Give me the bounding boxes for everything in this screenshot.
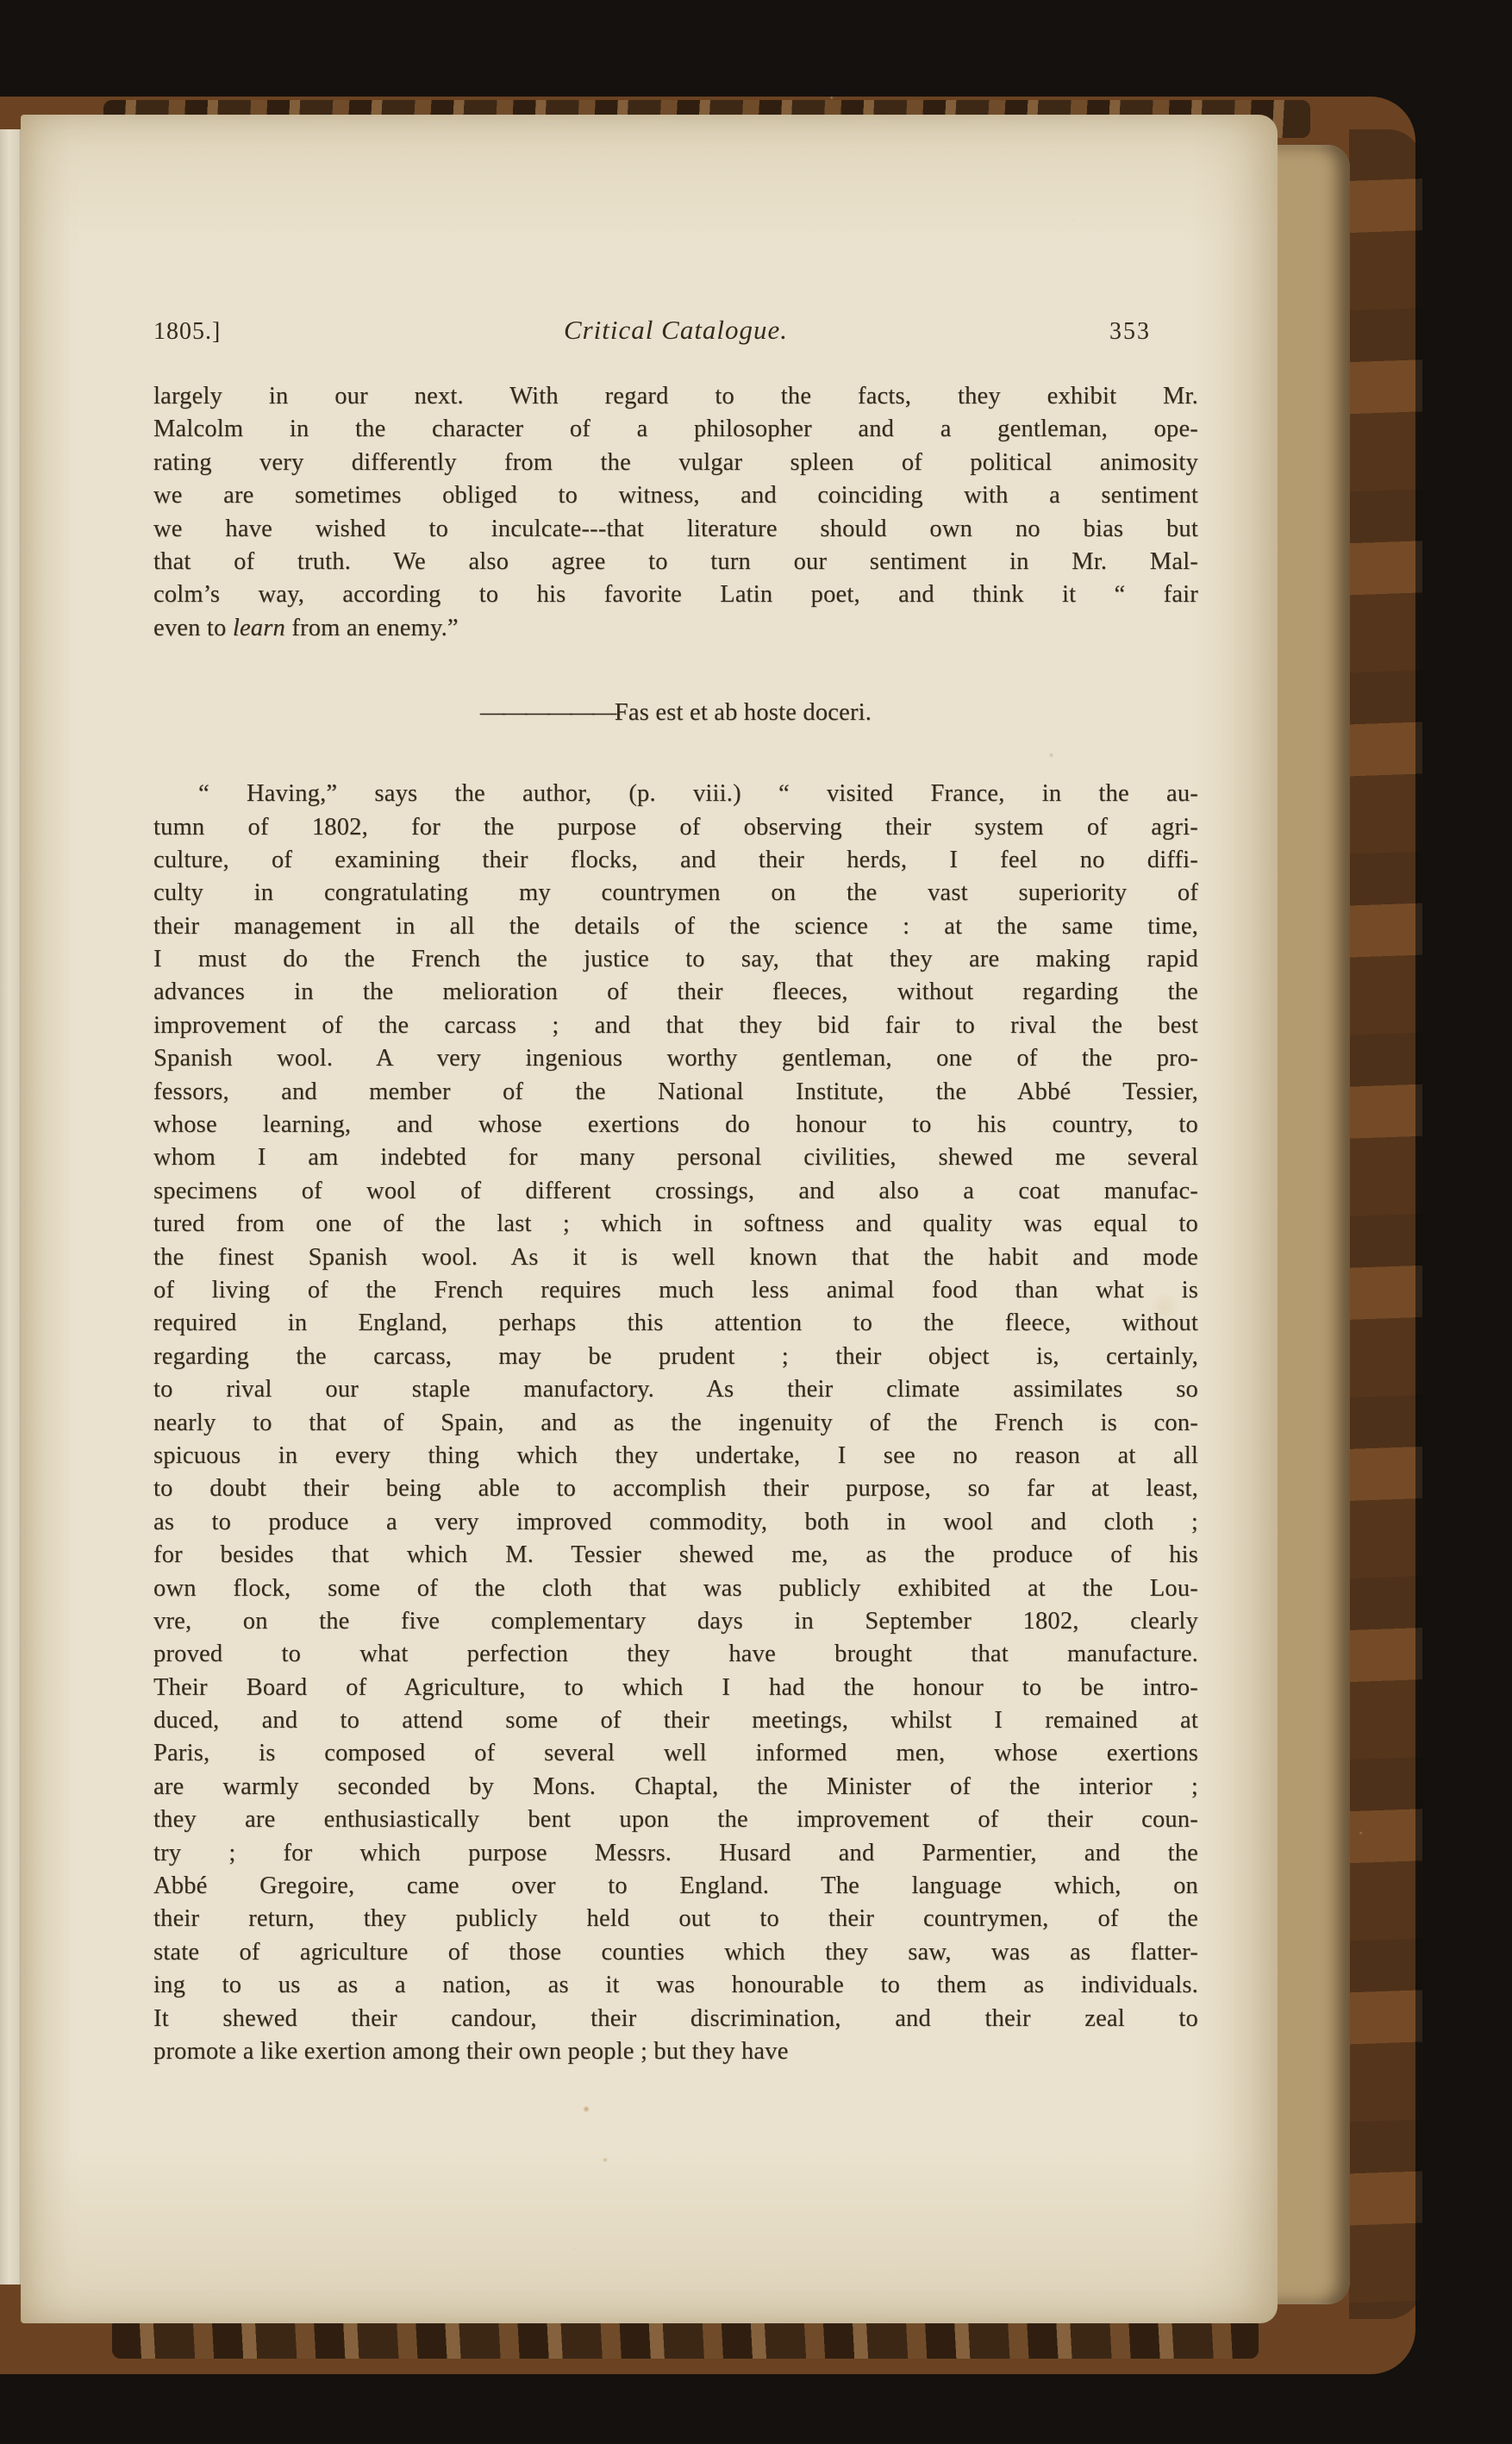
- text-line: whose learning, and whose exertions do h…: [153, 1109, 1198, 1141]
- paragraph-1-lines: largely in our next. With regard to the …: [153, 380, 1198, 612]
- text-line: regarding the carcass, may be prudent ; …: [153, 1341, 1198, 1373]
- text-line: culty in congratulating my countrymen on…: [153, 877, 1198, 909]
- header-page-number: 353: [1109, 315, 1151, 349]
- paragraph-2-last-line: promote a like exertion among their own …: [153, 2035, 1198, 2068]
- scanned-book-photograph: 1805.] Critical Catalogue. 353 largely i…: [0, 0, 1512, 2444]
- book-page: 1805.] Critical Catalogue. 353 largely i…: [21, 115, 1278, 2323]
- running-head: 1805.] Critical Catalogue. 353: [153, 313, 1198, 349]
- text-line: to doubt their being able to accomplish …: [153, 1472, 1198, 1505]
- text-line: specimens of wool of different crossings…: [153, 1175, 1198, 1208]
- quote-leader-dash: ——————: [480, 699, 615, 726]
- text-line: spicuous in every thing which they under…: [153, 1440, 1198, 1472]
- text-line: they are enthusiastically bent upon the …: [153, 1803, 1198, 1836]
- text-line: I must do the French the justice to say,…: [153, 943, 1198, 976]
- text-line: for besides that which M. Tessier shewed…: [153, 1539, 1198, 1572]
- page-stack-fore-edge: [1271, 145, 1350, 2304]
- paragraph-2: “ Having,” says the author, (p. viii.) “…: [153, 778, 1198, 2068]
- paragraph-2-lines: “ Having,” says the author, (p. viii.) “…: [153, 778, 1198, 2002]
- text-line: vre, on the five complementary days in S…: [153, 1605, 1198, 1638]
- text-line: Spanish wool. A very ingenious worthy ge…: [153, 1042, 1198, 1075]
- text-line: “ Having,” says the author, (p. viii.) “…: [153, 778, 1198, 810]
- text-line: duced, and to attend some of their meeti…: [153, 1704, 1198, 1737]
- text-line: we are sometimes obliged to witness, and…: [153, 479, 1198, 512]
- text-line: culture, of examining their flocks, and …: [153, 844, 1198, 877]
- paragraph-1: largely in our next. With regard to the …: [153, 380, 1198, 645]
- text-line: the finest Spanish wool. As it is well k…: [153, 1241, 1198, 1274]
- text-line: largely in our next. With regard to the …: [153, 380, 1198, 413]
- last-line-italic-word: learn: [233, 615, 285, 641]
- text-line: of living of the French requires much le…: [153, 1274, 1198, 1307]
- text-line: that of truth. We also agree to turn our…: [153, 546, 1198, 578]
- quote-text: Fas est et ab hoste doceri.: [615, 699, 872, 726]
- header-date: 1805.]: [153, 315, 564, 349]
- text-line: own flock, some of the cloth that was pu…: [153, 1572, 1198, 1605]
- text-line: as to produce a very improved commodity,…: [153, 1506, 1198, 1539]
- text-line: rating very differently from the vulgar …: [153, 447, 1198, 479]
- text-line: to rival our staple manufactory. As thei…: [153, 1373, 1198, 1406]
- text-line: we have wished to inculcate---that liter…: [153, 513, 1198, 546]
- text-line: whom I am indebted for many personal civ…: [153, 1141, 1198, 1174]
- cover-bottom-edge-marbling: [112, 2317, 1259, 2359]
- text-line: try ; for which purpose Messrs. Husard a…: [153, 1837, 1198, 1870]
- text-line: their management in all the details of t…: [153, 910, 1198, 943]
- text-line: state of agriculture of those counties w…: [153, 1936, 1198, 1969]
- text-line: Malcolm in the character of a philosophe…: [153, 413, 1198, 446]
- text-line: Paris, is composed of several well infor…: [153, 1737, 1198, 1770]
- text-line: Their Board of Agriculture, to which I h…: [153, 1672, 1198, 1704]
- text-line: required in England, perhaps this attent…: [153, 1307, 1198, 1340]
- text-line: their return, they publicly held out to …: [153, 1903, 1198, 1935]
- text-line: nearly to that of Spain, and as the inge…: [153, 1407, 1198, 1440]
- cover-right-edge-marbling: [1349, 129, 1422, 2319]
- text-line: Abbé Gregoire, came over to England. The…: [153, 1870, 1198, 1903]
- paragraph-2-penultimate-line: It shewed their candour, their discrimin…: [153, 2003, 1198, 2035]
- text-line: tured from one of the last ; which in so…: [153, 1208, 1198, 1241]
- latin-quote: ——————Fas est et ab hoste doceri.: [153, 697, 1198, 729]
- last-line-pre: even to: [153, 615, 233, 641]
- paragraph-1-last-line: even to learn from an enemy.”: [153, 612, 1198, 645]
- text-line: colm’s way, according to his favorite La…: [153, 578, 1198, 611]
- last-line-post: from an enemy.”: [285, 615, 459, 641]
- text-line: are warmly seconded by Mons. Chaptal, th…: [153, 1771, 1198, 1803]
- text-line: advances in the melioration of their fle…: [153, 976, 1198, 1009]
- text-line: tumn of 1802, for the purpose of observi…: [153, 811, 1198, 844]
- facing-page-sliver: [0, 129, 22, 2285]
- page-content: 1805.] Critical Catalogue. 353 largely i…: [21, 115, 1278, 2323]
- text-line: proved to what perfection they have brou…: [153, 1638, 1198, 1671]
- text-line: ing to us as a nation, as it was honoura…: [153, 1969, 1198, 2002]
- text-line: improvement of the carcass ; and that th…: [153, 1009, 1198, 1042]
- header-title: Critical Catalogue.: [564, 313, 788, 347]
- text-line: fessors, and member of the National Inst…: [153, 1076, 1198, 1109]
